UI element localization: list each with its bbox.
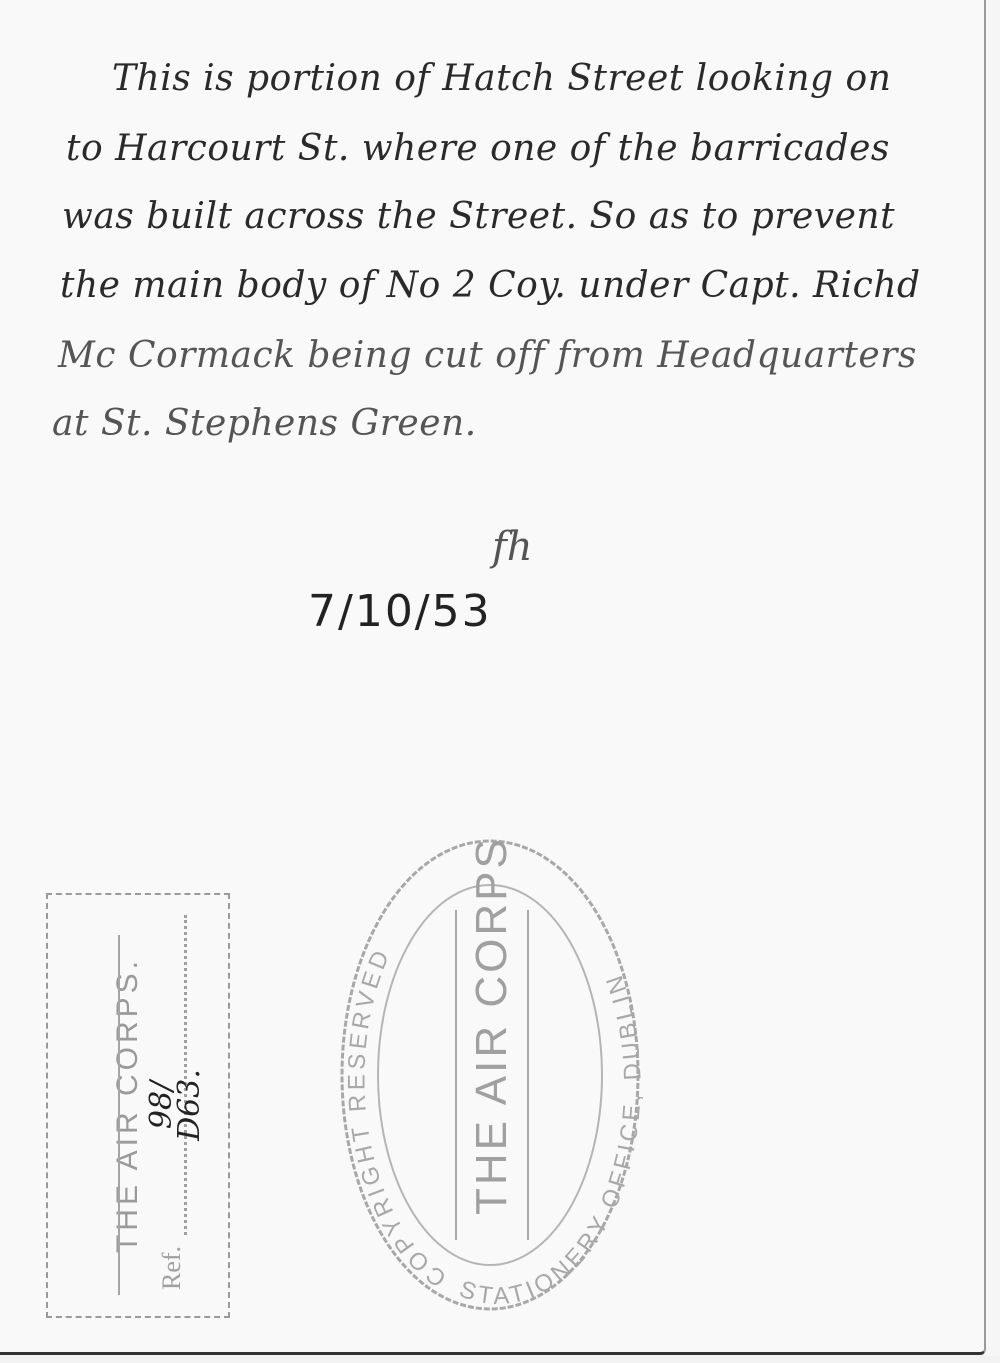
note-line-3: was built across the Street. So as to pr…	[62, 196, 895, 237]
ref-label: Ref.	[157, 1210, 187, 1290]
air-corps-reference-stamp: THE AIR CORPS. Ref. 98/ D63.	[46, 893, 230, 1318]
copyright-oval-stamp: THE AIR CORPS COPYRIGHT RESERVED STATION…	[338, 835, 643, 1315]
ref-number: 98/ D63.	[148, 1055, 208, 1155]
note-line-1: This is portion of Hatch Street looking …	[112, 58, 891, 99]
scan-margin	[986, 0, 1000, 1363]
author-initials: fh	[492, 524, 533, 570]
note-line-2: to Harcourt St. where one of the barrica…	[66, 128, 890, 169]
stamp-divider	[118, 935, 120, 1295]
stamp-title: THE AIR CORPS.	[108, 895, 148, 1315]
oval-stamp-graphic: THE AIR CORPS COPYRIGHT RESERVED STATION…	[338, 835, 643, 1315]
note-date: 7/10/53	[308, 586, 492, 637]
note-line-5: Mc Cormack being cut off from Headquarte…	[58, 335, 917, 376]
oval-center-text: THE AIR CORPS	[467, 836, 516, 1215]
note-line-4: the main body of No 2 Coy. under Capt. R…	[60, 265, 921, 306]
scan-bottom-margin	[0, 1356, 1000, 1363]
ref-number-bottom: D63.	[176, 1055, 204, 1155]
note-line-6: at St. Stephens Green.	[52, 403, 477, 444]
